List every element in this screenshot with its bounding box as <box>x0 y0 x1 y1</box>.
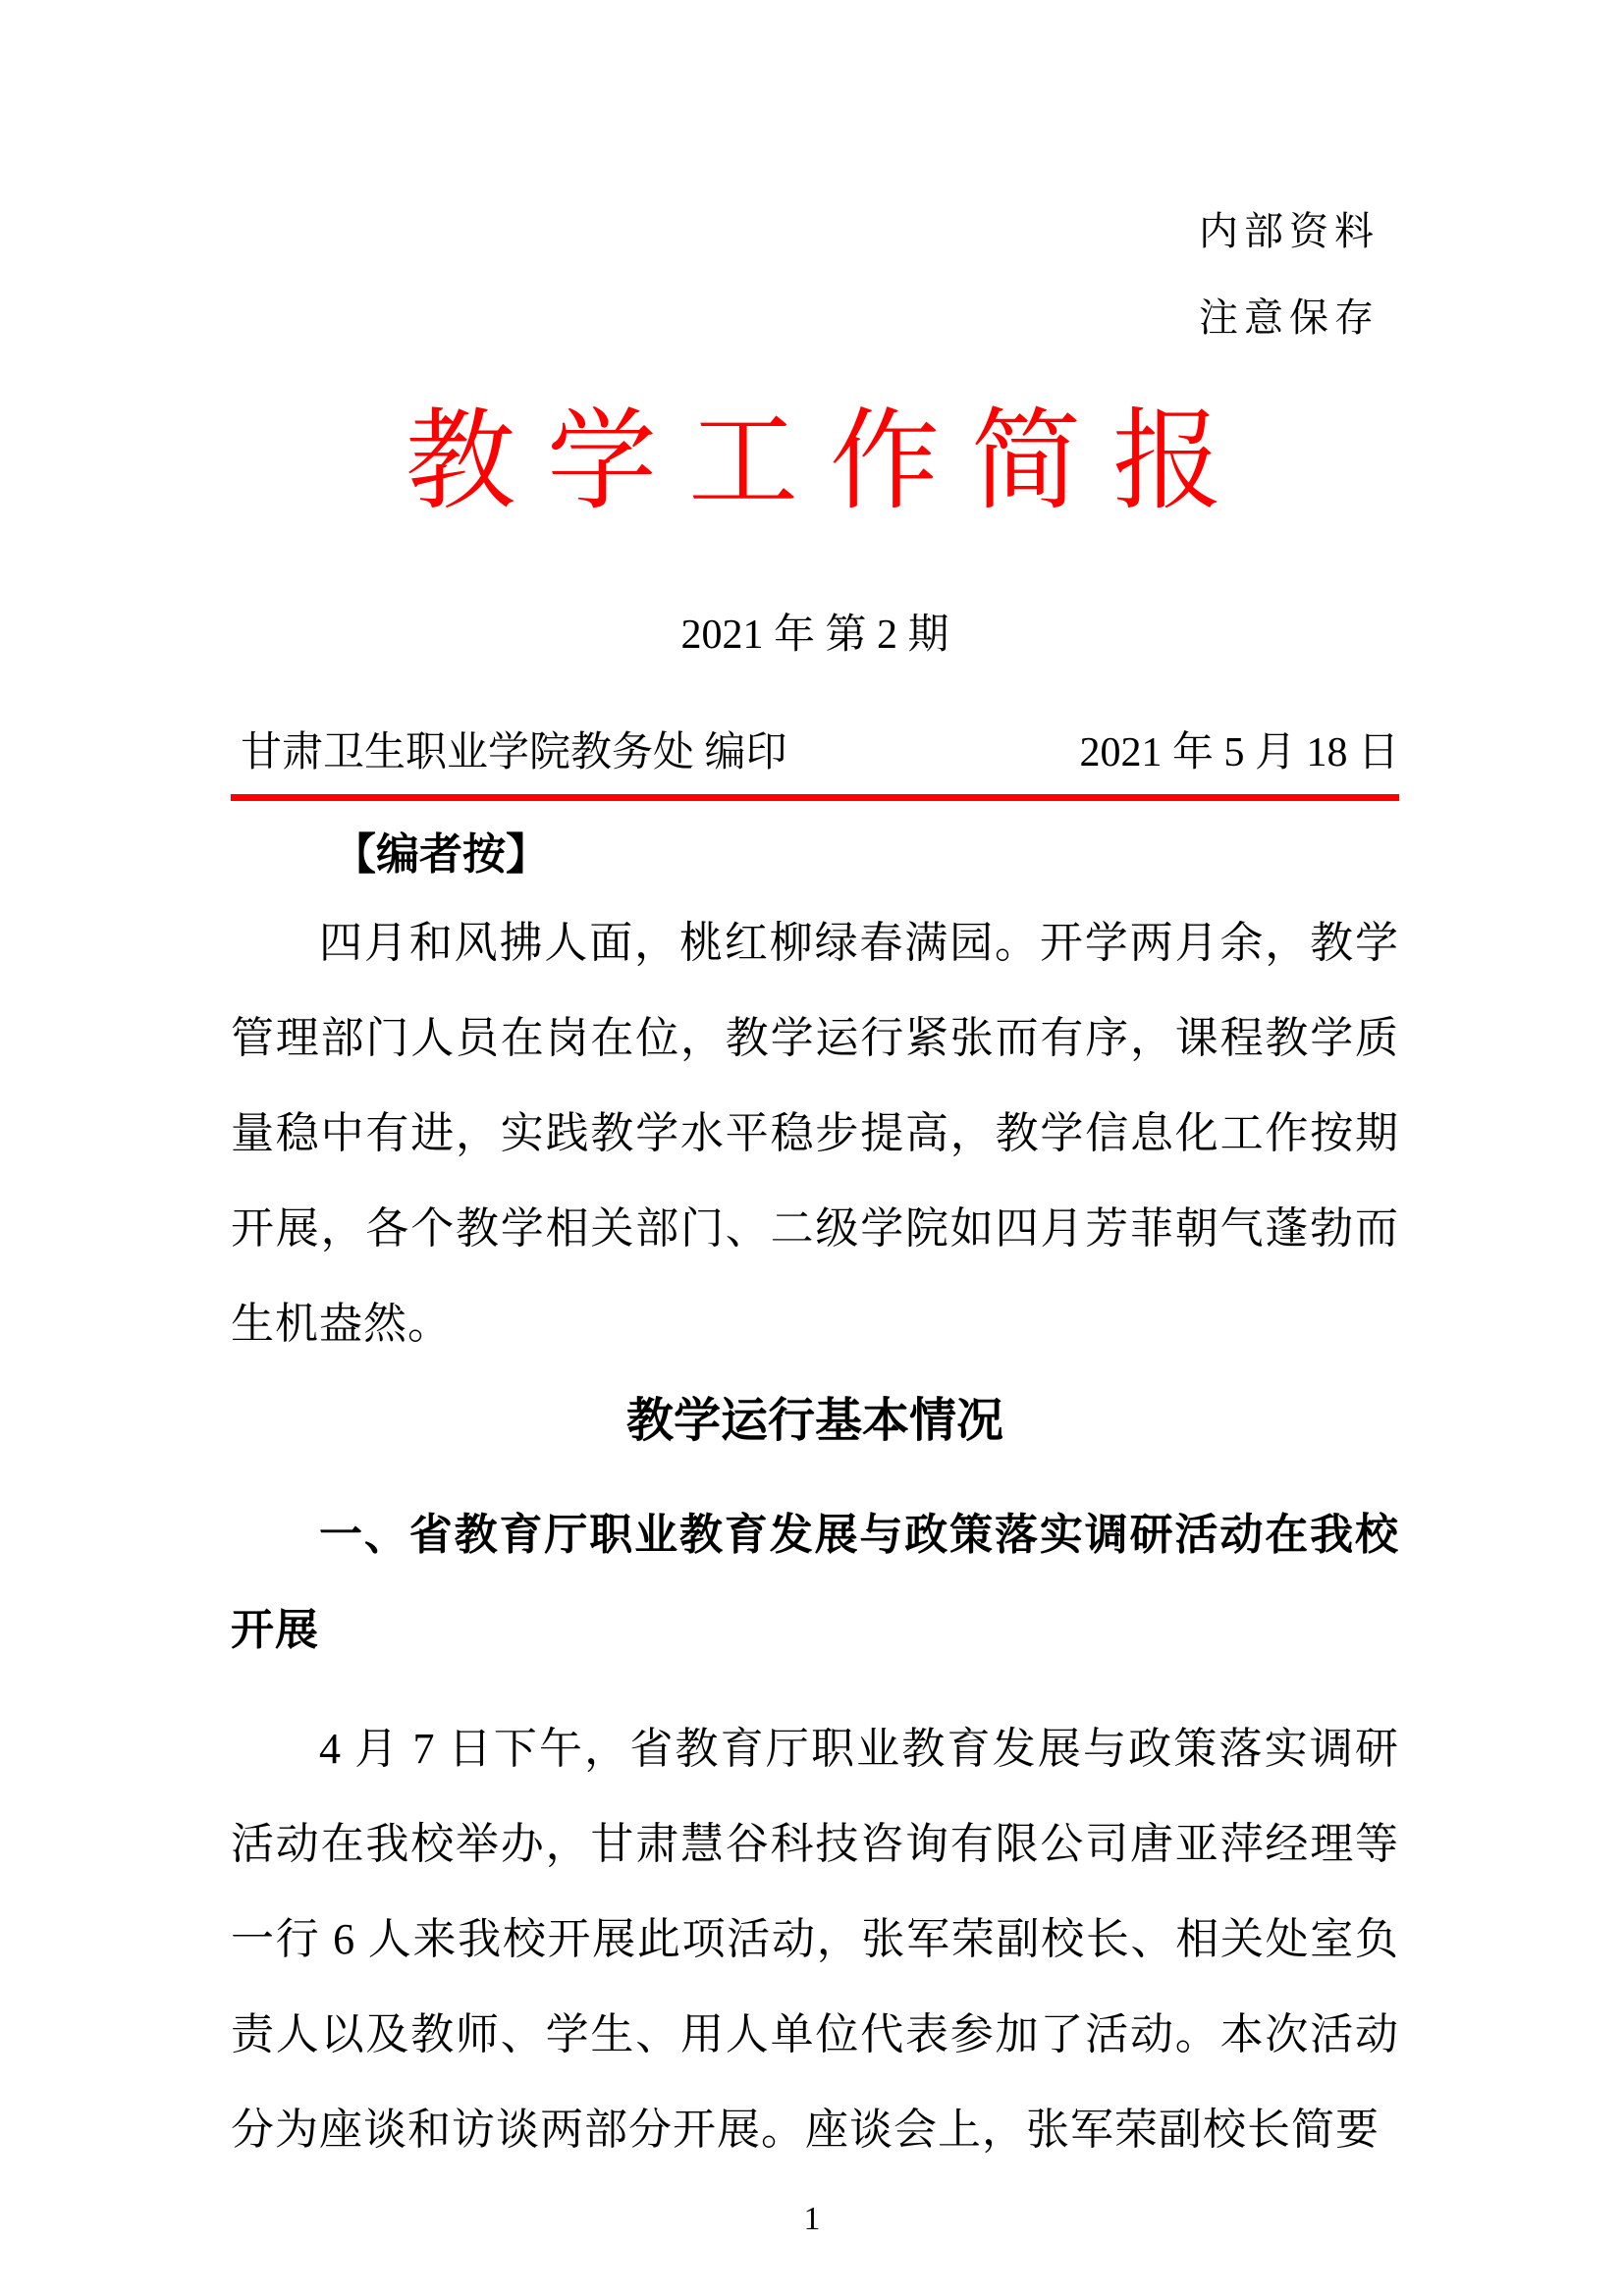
publisher-name: 甘肃卫生职业学院教务处 编印 <box>231 725 787 780</box>
issue-number: 2021 年 第 2 期 <box>231 608 1399 663</box>
editor-note-paragraph: 四月和风拂人面，桃红柳绿春满园。开学两月余，教学管理部门人员在岗在位，教学运行紧… <box>231 895 1399 1371</box>
classification-line-internal: 内部资料 <box>231 188 1380 275</box>
red-divider-rule <box>231 794 1399 801</box>
classification-line-keep: 注意保存 <box>231 275 1380 361</box>
document-page: 内部资料 注意保存 教 学 工 作 简 报 2021 年 第 2 期 甘肃卫生职… <box>0 0 1624 2296</box>
section-body-paragraph: 4 月 7 日下午，省教育厅职业教育发展与政策落实调研活动在我校举办，甘肃慧谷科… <box>231 1701 1399 2177</box>
main-section-heading: 教学运行基本情况 <box>231 1391 1399 1452</box>
publish-date: 2021 年 5 月 18 日 <box>1079 725 1399 780</box>
page-number: 1 <box>0 2198 1624 2241</box>
document-title: 教 学 工 作 简 报 <box>231 391 1399 534</box>
classification-block: 内部资料 注意保存 <box>231 0 1399 361</box>
sub-section-heading: 一、省教育厅职业教育发展与政策落实调研活动在我校开展 <box>231 1487 1399 1678</box>
publisher-line: 甘肃卫生职业学院教务处 编印 2021 年 5 月 18 日 <box>231 725 1399 780</box>
editor-note-label: 【编者按】 <box>231 827 1399 883</box>
